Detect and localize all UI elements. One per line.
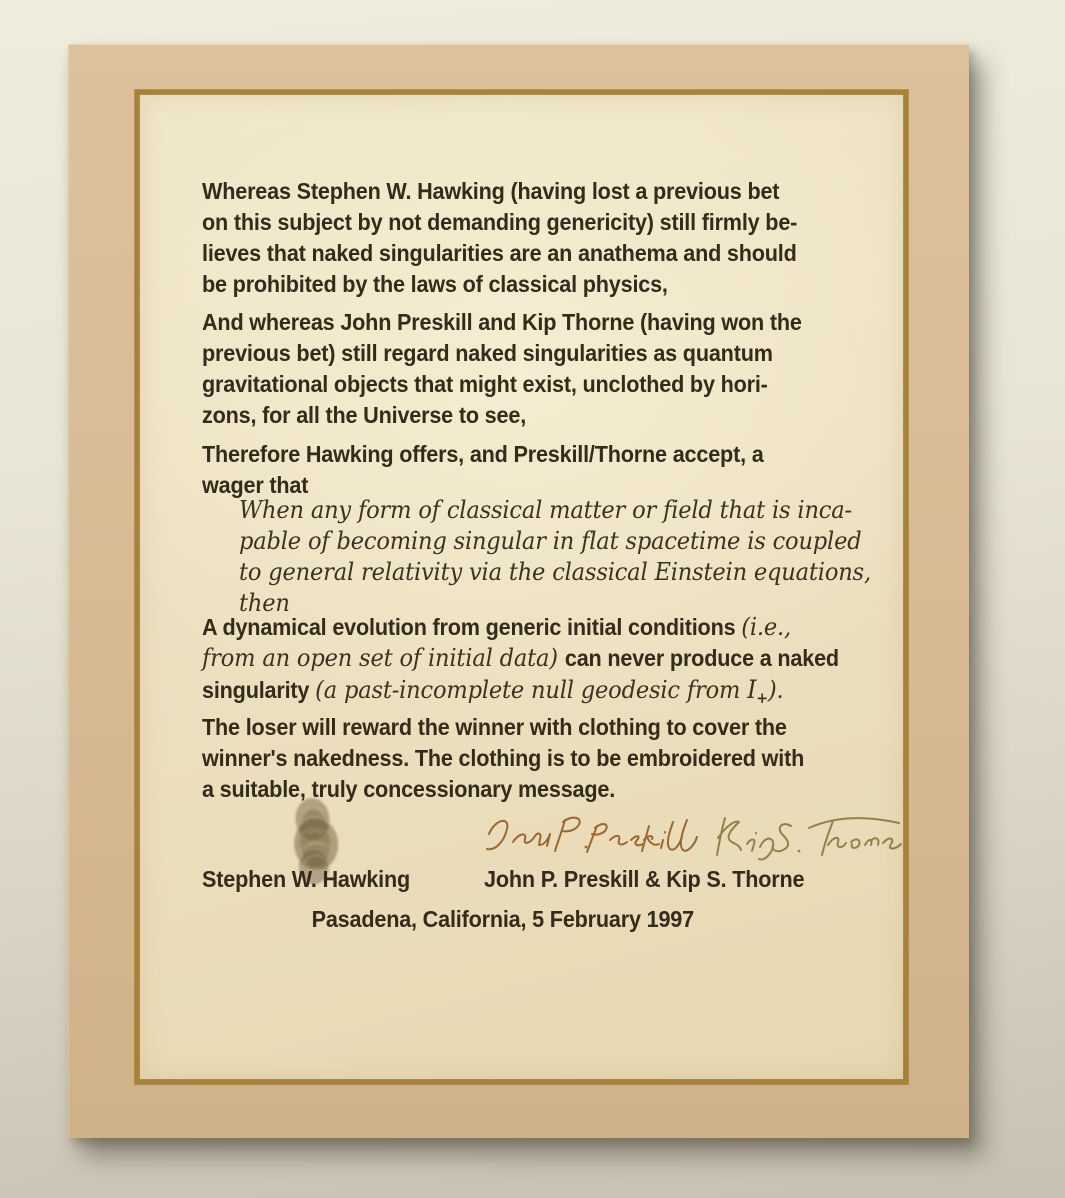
mat-frame: Whereas Stephen W. Hawking (having lost … [68,44,969,1138]
thorne-signature-ink [711,808,903,872]
text-line: pable of becoming singular in flat space… [239,526,871,557]
script-i-symbol: I [747,675,756,704]
place-date-line: Pasadena, California, 5 February 1997 [202,904,804,935]
italic-segment: (i.e., [741,613,791,641]
preskill-signature [477,806,709,866]
text-line: zons, for all the Universe to see, [202,400,802,431]
text-line: Therefore Hawking offers, and Preskill/T… [202,439,764,470]
text-line: When any form of classical matter or fie… [239,495,871,526]
text-line: gravitational objects that might exist, … [202,369,802,400]
hawking-printed-name: Stephen W. Hawking [202,864,410,895]
wager-clause-italic: When any form of classical matter or fie… [239,495,871,619]
paragraph-loser-reward: The loser will reward the winner with cl… [202,712,804,805]
text-line: lieves that naked singularities are an a… [202,238,797,269]
paragraph-wager-offer: Therefore Hawking offers, and Preskill/T… [202,439,764,501]
text-line: to general relativity via the classical … [239,557,871,588]
paragraph-wager-statement: A dynamical evolution from generic initi… [202,612,839,714]
text-line: singularity (a past-incomplete null geod… [202,674,839,714]
text-line: And whereas John Preskill and Kip Thorne… [202,307,802,338]
subscript-plus: + [756,689,768,707]
text-line: A dynamical evolution from generic initi… [202,612,839,643]
italic-segment: from an open set of initial data) [202,644,565,672]
printed-names-row: Stephen W. Hawking John P. Preskill & Ki… [139,864,904,898]
thorne-signature [711,808,903,872]
paragraph-whereas-preskill-thorne: And whereas John Preskill and Kip Thorne… [202,307,802,431]
italic-segment: ). [768,676,784,704]
preskill-thorne-printed-names: John P. Preskill & Kip S. Thorne [484,864,804,895]
text-line: previous bet) still regard naked singula… [202,338,802,369]
text-line: from an open set of initial data) can ne… [202,643,839,674]
text-line: The loser will reward the winner with cl… [202,712,804,743]
bold-segment: A dynamical evolution from generic initi… [202,614,741,640]
preskill-signature-ink [477,806,709,866]
bold-segment: singularity [202,677,315,703]
text-line: on this subject by not demanding generic… [202,207,797,238]
text-line: winner's nakedness. The clothing is to b… [202,743,804,774]
page-background: Whereas Stephen W. Hawking (having lost … [0,0,1065,1198]
bold-segment: can never produce a naked [565,645,839,671]
bet-document-paper: Whereas Stephen W. Hawking (having lost … [135,90,908,1084]
text-line: be prohibited by the laws of classical p… [202,269,797,300]
paragraph-whereas-hawking: Whereas Stephen W. Hawking (having lost … [202,176,797,300]
italic-segment: (a past-incomplete null geodesic from [315,676,747,704]
text-line: Whereas Stephen W. Hawking (having lost … [202,176,797,207]
